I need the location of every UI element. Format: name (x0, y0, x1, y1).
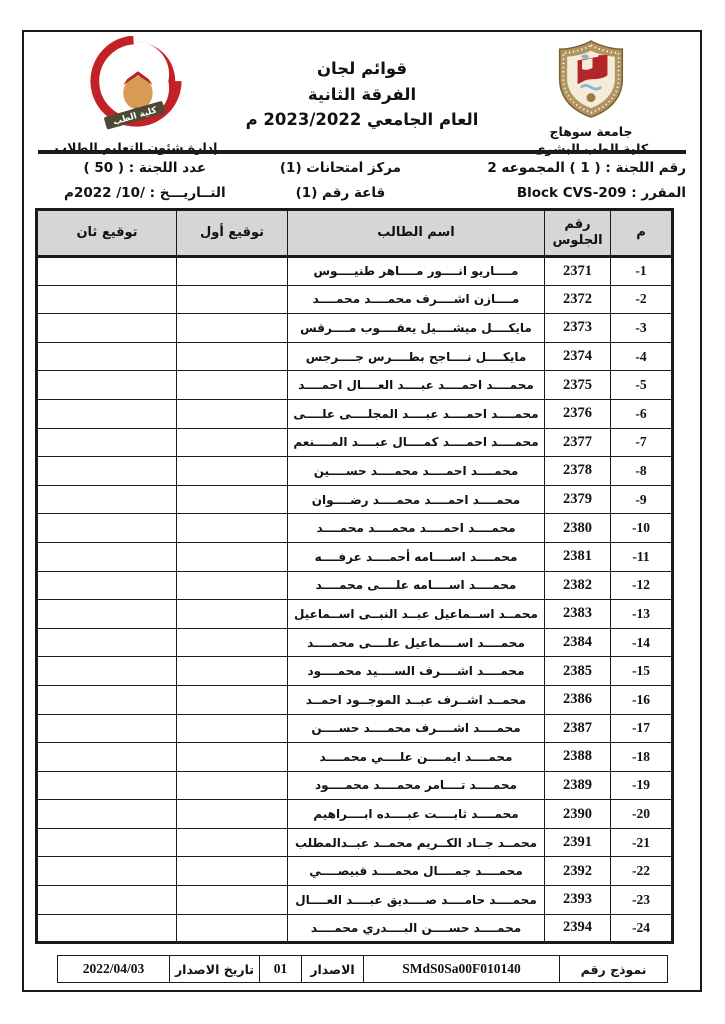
table-row: 15-2385محمــــد اشــــرف الســــيد محمــ… (37, 657, 673, 686)
second-signature-cell (37, 485, 177, 514)
table-row: 2-2372مــــازن اشــــرف محمــــد محمــــ… (37, 285, 673, 314)
committee-count: عدد اللجنة : ( 50 ) (34, 160, 256, 176)
first-signature-cell (177, 886, 288, 915)
header-seat-number: رقم الجلوس (545, 210, 611, 257)
page-border-frame: جامعة سوهاج كلية الطب البشرى جامعة سوهاج (22, 30, 702, 992)
seat-number-cell: 2390 (545, 800, 611, 829)
seat-number-cell: 2378 (545, 457, 611, 486)
second-signature-cell (37, 657, 177, 686)
first-signature-cell (177, 657, 288, 686)
table-row: 17-2387محمــــد اشــــرف محمــــد حســــ… (37, 714, 673, 743)
second-signature-cell (37, 399, 177, 428)
table-row: 9-2379محمــــد احمــــد محمــــد رضــــو… (37, 485, 673, 514)
student-name-cell: محمــــد تــــامر محمــــد محمــــود (288, 771, 545, 800)
serial-cell: 16- (611, 685, 673, 714)
serial-cell: 1- (611, 257, 673, 286)
header-second-signature: توقيع ثان (37, 210, 177, 257)
table-row: 12-2382محمــــد اســــامه علــــى محمـــ… (37, 571, 673, 600)
header-divider-rule (38, 150, 686, 154)
seat-number-cell: 2392 (545, 857, 611, 886)
second-signature-cell (37, 743, 177, 772)
seat-number-cell: 2372 (545, 285, 611, 314)
serial-cell: 5- (611, 371, 673, 400)
second-signature-cell (37, 685, 177, 714)
table-row: 18-2388محمــــد ايمــــن علــــي محمــــ… (37, 743, 673, 772)
form-code: SMdS0Sa00F010140 (364, 956, 560, 983)
table-row: 3-2373مايكــــل ميشــــيل يعقــــوب مـــ… (37, 314, 673, 343)
serial-cell: 7- (611, 428, 673, 457)
student-name-cell: محمــــد احمــــد عبــــد المجلــــى علـ… (288, 399, 545, 428)
first-signature-cell (177, 285, 288, 314)
header-first-signature: توقيع أول (177, 210, 288, 257)
student-name-cell: محمــــد احمــــد محمــــد محمــــد (288, 514, 545, 543)
admin-logo-block: جامعة سوهاج كلية الطب إدارة شئون التعليم… (46, 36, 226, 155)
first-signature-cell (177, 914, 288, 943)
seat-number-cell: 2374 (545, 342, 611, 371)
first-signature-cell (177, 571, 288, 600)
table-row: 13-2383محمــد اســماعيل عبــد النبــى اس… (37, 600, 673, 629)
student-name-cell: محمــــد احمــــد كمــــال عبــــد المــ… (288, 428, 545, 457)
table-row: 14-2384محمــــد اســــماعيل علــــى محمـ… (37, 628, 673, 657)
seat-number-cell: 2373 (545, 314, 611, 343)
table-row: 22-2392محمــــد جمــــال محمــــد قبيصــ… (37, 857, 673, 886)
students-table-header: م رقم الجلوس اسم الطالب توقيع أول توقيع … (37, 210, 673, 257)
serial-cell: 6- (611, 399, 673, 428)
issue-number: 01 (260, 956, 302, 983)
seat-number-cell: 2386 (545, 685, 611, 714)
first-signature-cell (177, 457, 288, 486)
serial-cell: 8- (611, 457, 673, 486)
seat-number-cell: 2375 (545, 371, 611, 400)
student-name-cell: محمــــد حســــن البــــدري محمــــد (288, 914, 545, 943)
second-signature-cell (37, 886, 177, 915)
second-signature-cell (37, 257, 177, 286)
seat-number-cell: 2384 (545, 628, 611, 657)
seat-number-cell: 2387 (545, 714, 611, 743)
table-row: 24-2394محمــــد حســــن البــــدري محمــ… (37, 914, 673, 943)
student-name-cell: محمــــد احمــــد محمــــد حســــين (288, 457, 545, 486)
serial-cell: 15- (611, 657, 673, 686)
table-row: 1-2371مــــاريو انــــور مــــاهر طنيـــ… (37, 257, 673, 286)
student-name-cell: مــــازن اشــــرف محمــــد محمــــد (288, 285, 545, 314)
seat-number-cell: 2394 (545, 914, 611, 943)
serial-cell: 9- (611, 485, 673, 514)
second-signature-cell (37, 628, 177, 657)
serial-cell: 14- (611, 628, 673, 657)
student-name-cell: محمــــد ثابــــت عبــــده ابــــراهيم (288, 800, 545, 829)
second-signature-cell (37, 828, 177, 857)
hall-number: قاعة رقم (1) (256, 185, 426, 201)
student-name-cell: محمــــد جمــــال محمــــد قبيصــــي (288, 857, 545, 886)
first-signature-cell (177, 743, 288, 772)
table-row: 7-2377محمــــد احمــــد كمــــال عبــــد… (37, 428, 673, 457)
student-name-cell: مايكــــل نــــاجح بطــــرس جــــرجس (288, 342, 545, 371)
table-row: 10-2380محمــــد احمــــد محمــــد محمـــ… (37, 514, 673, 543)
serial-cell: 19- (611, 771, 673, 800)
student-name-cell: محمــــد اســــامه أحمــــد عرفــــه (288, 542, 545, 571)
seat-number-cell: 2380 (545, 514, 611, 543)
committee-number: رقم اللجنة : ( 1 ) المجموعه 2 (425, 160, 690, 176)
info-row-1: رقم اللجنة : ( 1 ) المجموعه 2 مركز امتحا… (34, 160, 690, 176)
course-code: المقرر : Block CVS-209 (425, 185, 690, 201)
serial-cell: 10- (611, 514, 673, 543)
serial-cell: 17- (611, 714, 673, 743)
student-name-cell: محمــد اشــرف عبــد الموجــود احمــد (288, 685, 545, 714)
committee-info-block: رقم اللجنة : ( 1 ) المجموعه 2 مركز امتحا… (34, 160, 690, 210)
university-logo-block: جامعة سوهاج كلية الطب البشرى (516, 38, 666, 158)
serial-cell: 23- (611, 886, 673, 915)
second-signature-cell (37, 714, 177, 743)
student-name-cell: محمــــد ايمــــن علــــي محمــــد (288, 743, 545, 772)
document-page: جامعة سوهاج كلية الطب البشرى جامعة سوهاج (0, 0, 725, 1024)
serial-cell: 22- (611, 857, 673, 886)
student-name-cell: محمــــد اشــــرف الســــيد محمــــود (288, 657, 545, 686)
second-signature-cell (37, 914, 177, 943)
table-row: 23-2393محمــــد حامــــد صــــديق عبــــ… (37, 886, 673, 915)
first-signature-cell (177, 685, 288, 714)
seat-number-cell: 2383 (545, 600, 611, 629)
serial-cell: 13- (611, 600, 673, 629)
first-signature-cell (177, 828, 288, 857)
second-signature-cell (37, 371, 177, 400)
student-name-cell: مايكــــل ميشــــيل يعقــــوب مــــرقس (288, 314, 545, 343)
table-row: 6-2376محمــــد احمــــد عبــــد المجلـــ… (37, 399, 673, 428)
document-title-block: قوائم لجان الفرقة الثانية العام الجامعي … (222, 56, 502, 133)
first-signature-cell (177, 628, 288, 657)
students-table: م رقم الجلوس اسم الطالب توقيع أول توقيع … (35, 208, 674, 944)
second-signature-cell (37, 342, 177, 371)
table-row: 16-2386محمــد اشــرف عبــد الموجــود احم… (37, 685, 673, 714)
student-name-cell: محمــــد اســــامه علــــى محمــــد (288, 571, 545, 600)
student-name-cell: محمــــد احمــــد محمــــد رضــــوان (288, 485, 545, 514)
first-signature-cell (177, 542, 288, 571)
seat-number-cell: 2391 (545, 828, 611, 857)
second-signature-cell (37, 428, 177, 457)
table-row: 19-2389محمــــد تــــامر محمــــد محمـــ… (37, 771, 673, 800)
university-name: جامعة سوهاج (516, 124, 666, 141)
form-footer-table: نموذج رقم SMdS0Sa00F010140 الاصدار 01 تا… (57, 955, 668, 983)
seat-number-cell: 2379 (545, 485, 611, 514)
exam-center: مركز امتحانات (1) (256, 160, 426, 176)
issue-date-label: تاريخ الاصدار (170, 956, 260, 983)
second-signature-cell (37, 514, 177, 543)
table-row: 4-2374مايكــــل نــــاجح بطــــرس جــــر… (37, 342, 673, 371)
serial-cell: 2- (611, 285, 673, 314)
title-line-2: الفرقة الثانية (222, 82, 502, 108)
second-signature-cell (37, 571, 177, 600)
serial-cell: 24- (611, 914, 673, 943)
serial-cell: 11- (611, 542, 673, 571)
first-signature-cell (177, 342, 288, 371)
serial-cell: 21- (611, 828, 673, 857)
serial-cell: 12- (611, 571, 673, 600)
first-signature-cell (177, 399, 288, 428)
first-signature-cell (177, 514, 288, 543)
student-name-cell: محمــــد اســــماعيل علــــى محمــــد (288, 628, 545, 657)
serial-cell: 4- (611, 342, 673, 371)
second-signature-cell (37, 457, 177, 486)
header-serial: م (611, 210, 673, 257)
university-shield-icon (550, 38, 632, 120)
seat-number-cell: 2371 (545, 257, 611, 286)
second-signature-cell (37, 857, 177, 886)
seat-number-cell: 2385 (545, 657, 611, 686)
serial-cell: 20- (611, 800, 673, 829)
first-signature-cell (177, 257, 288, 286)
student-name-cell: محمــد اســماعيل عبــد النبــى اســماعيل (288, 600, 545, 629)
seat-number-cell: 2388 (545, 743, 611, 772)
exam-date: التــاريـــخ : /10/ 2022م (34, 185, 256, 201)
second-signature-cell (37, 800, 177, 829)
seat-number-cell: 2376 (545, 399, 611, 428)
student-name-cell: محمــــد احمــــد عبــــد العــــال احمـ… (288, 371, 545, 400)
first-signature-cell (177, 485, 288, 514)
student-name-cell: محمــد جــاد الكــريم محمــد عبــدالمطلب (288, 828, 545, 857)
issue-date-value: 2022/04/03 (58, 956, 170, 983)
table-row: 8-2378محمــــد احمــــد محمــــد حســــي… (37, 457, 673, 486)
seat-number-cell: 2393 (545, 886, 611, 915)
second-signature-cell (37, 314, 177, 343)
issue-label: الاصدار (302, 956, 364, 983)
second-signature-cell (37, 600, 177, 629)
first-signature-cell (177, 771, 288, 800)
info-row-2: المقرر : Block CVS-209 قاعة رقم (1) التـ… (34, 185, 690, 201)
faculty-crescent-icon: جامعة سوهاج كلية الطب (58, 36, 214, 134)
student-table-body: 1-2371مــــاريو انــــور مــــاهر طنيـــ… (37, 257, 673, 943)
first-signature-cell (177, 800, 288, 829)
first-signature-cell (177, 428, 288, 457)
first-signature-cell (177, 371, 288, 400)
first-signature-cell (177, 314, 288, 343)
seat-number-cell: 2381 (545, 542, 611, 571)
first-signature-cell (177, 857, 288, 886)
student-name-cell: مــــاريو انــــور مــــاهر طنيــــوس (288, 257, 545, 286)
table-row: 21-2391محمــد جــاد الكــريم محمــد عبــ… (37, 828, 673, 857)
table-row: 20-2390محمــــد ثابــــت عبــــده ابــــ… (37, 800, 673, 829)
second-signature-cell (37, 542, 177, 571)
title-line-3: العام الجامعي 2023/2022 م (222, 107, 502, 133)
seat-number-cell: 2389 (545, 771, 611, 800)
header-student-name: اسم الطالب (288, 210, 545, 257)
second-signature-cell (37, 285, 177, 314)
student-name-cell: محمــــد حامــــد صــــديق عبــــد العــ… (288, 886, 545, 915)
serial-cell: 3- (611, 314, 673, 343)
table-row: 11-2381محمــــد اســــامه أحمــــد عرفــ… (37, 542, 673, 571)
student-name-cell: محمــــد اشــــرف محمــــد حســــن (288, 714, 545, 743)
title-line-1: قوائم لجان (222, 56, 502, 82)
first-signature-cell (177, 714, 288, 743)
second-signature-cell (37, 771, 177, 800)
seat-number-cell: 2382 (545, 571, 611, 600)
seat-number-cell: 2377 (545, 428, 611, 457)
first-signature-cell (177, 600, 288, 629)
table-row: 5-2375محمــــد احمــــد عبــــد العــــا… (37, 371, 673, 400)
form-number-label: نموذج رقم (560, 956, 668, 983)
serial-cell: 18- (611, 743, 673, 772)
